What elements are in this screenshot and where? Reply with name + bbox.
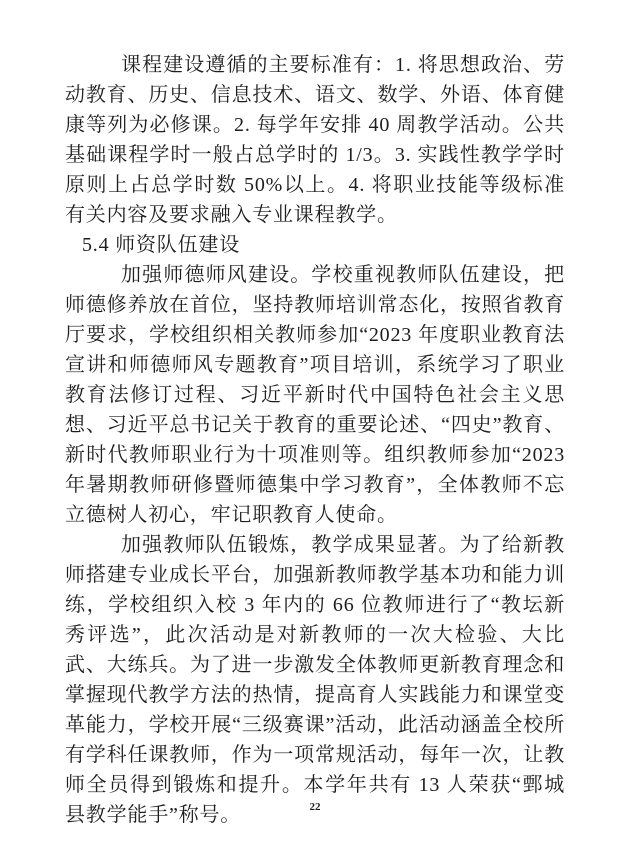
paragraph-teacher-training: 加强教师队伍锻炼，教学成果显著。为了给新教师搭建专业成长平台，加强新教师教学基本… [65,530,565,830]
paragraph-teacher-ethics: 加强师德师风建设。学校重视教师队伍建设，把师德修养放在首位，坚持教师培训常态化，… [65,260,565,530]
page-number: 22 [0,800,630,814]
document-body: 课程建设遵循的主要标准有：1. 将思想政治、劳动教育、历史、信息技术、语文、数学… [65,50,565,830]
paragraph-curriculum-standards: 课程建设遵循的主要标准有：1. 将思想政治、劳动教育、历史、信息技术、语文、数学… [65,50,565,230]
section-heading-5-4-teacher-team: 5.4 师资队伍建设 [65,230,565,260]
document-page: 课程建设遵循的主要标准有：1. 将思想政治、劳动教育、历史、信息技术、语文、数学… [0,0,630,848]
